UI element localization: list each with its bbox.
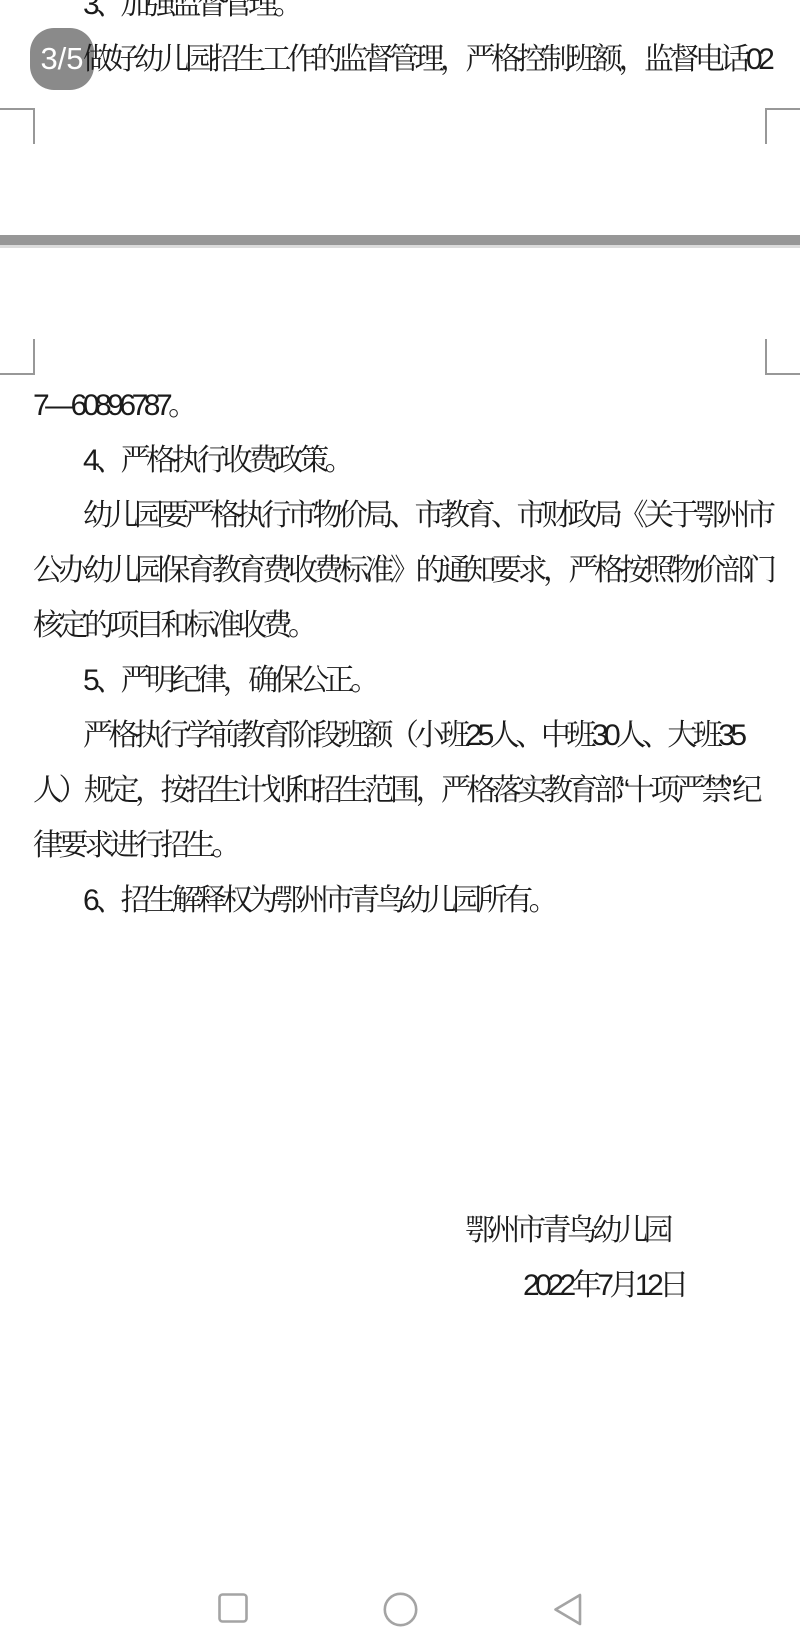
doc-line: 人）规定，按招生计划和招生范围，严格落实教育部“十项严禁”纪 (0, 763, 800, 818)
signature-block: 鄂州市青鸟幼儿园 2022年7月12日 (465, 1203, 685, 1313)
signature-line: 鄂州市青鸟幼儿园 (465, 1203, 685, 1258)
doc-line: 核定的项目和标准收费。 (0, 598, 800, 653)
doc-line: 5、严明纪律，确保公正。 (0, 653, 800, 708)
doc-line: 做好幼儿园招生工作的监督管理，严格控制班额，监督电话02 (0, 32, 800, 87)
back-triangle-icon[interactable] (551, 1592, 583, 1627)
corner-marker-top-right (765, 108, 800, 144)
doc-line: 律要求进行招生。 (0, 818, 800, 873)
corner-marker-bottom-right (765, 339, 800, 375)
doc-line: 幼儿园要严格执行市物价局、市教育、市财政局《关于鄂州市 (0, 488, 800, 543)
corner-marker-top-left (0, 108, 35, 144)
page-break-divider (0, 235, 800, 248)
date-line: 2022年7月12日 (465, 1258, 685, 1313)
doc-line: 严格执行学前教育阶段班额（小班25人、中班30人、大班35 (0, 708, 800, 763)
doc-line: 4、严格执行收费政策。 (0, 433, 800, 488)
doc-line: 6、招生解释权为鄂州市青鸟幼儿园所有。 (0, 873, 800, 928)
recents-square-icon[interactable] (218, 1593, 248, 1623)
doc-line: 7—60896787。 (0, 378, 800, 433)
doc-line: 3、加强监督管理。 (0, 0, 800, 32)
page-3-text-region[interactable]: 3、加强监督管理。做好幼儿园招生工作的监督管理，严格控制班额，监督电话02 (0, 0, 800, 87)
home-circle-icon[interactable] (383, 1592, 418, 1627)
doc-line: 公办幼儿园保育教育费收费标准》的通知要求，严格按照物价部门 (0, 543, 800, 598)
page-4-text-region[interactable]: 7—60896787。4、严格执行收费政策。幼儿园要严格执行市物价局、市教育、市… (0, 378, 800, 928)
android-nav-bar (0, 1575, 800, 1650)
corner-marker-bottom-left (0, 339, 35, 375)
document-reader-screen: { "page_indicator": { "label": "3/5" }, … (0, 0, 800, 1650)
